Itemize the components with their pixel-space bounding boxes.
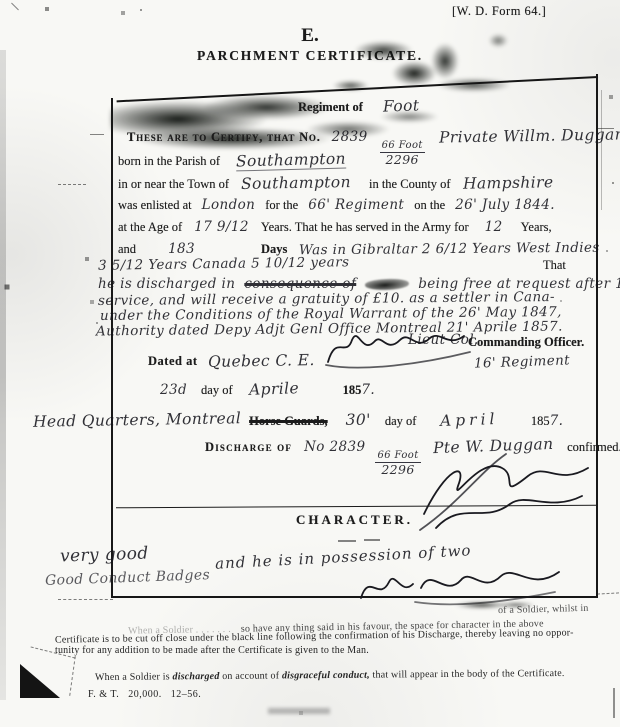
county-label: in the County of xyxy=(369,177,451,191)
footnote-4-mid: on account of xyxy=(219,670,282,682)
stray-mark xyxy=(90,134,104,135)
hq-day-of-label: day of xyxy=(385,414,417,428)
stray-mark xyxy=(58,184,86,185)
year-printed: 185 xyxy=(343,383,362,397)
scan-right-tick xyxy=(613,688,615,718)
footnote-line-3: tunity for any addition to be made after… xyxy=(55,645,369,656)
enlisted-date: 26' July 1844. xyxy=(455,197,555,213)
and-label: and xyxy=(118,242,136,256)
section-letter: E. xyxy=(0,25,620,47)
years-label: Years, xyxy=(521,220,552,234)
discharge-number: No 2839 xyxy=(304,439,365,455)
character-dash xyxy=(364,539,380,541)
enlisted-line: was enlisted at London for the 66' Regim… xyxy=(118,196,555,214)
date-line: 23d day of Aprile 1857. xyxy=(160,380,375,399)
enlisted-place: London xyxy=(202,197,256,213)
footnote-4-italic1: discharged xyxy=(172,671,219,682)
regiment-entry: Foot xyxy=(383,96,420,115)
discharge-label: Discharge of xyxy=(205,440,292,454)
character-entry-1: very good xyxy=(60,543,149,566)
dated-at-label: Dated at xyxy=(148,354,197,369)
soldier-number: 2839 xyxy=(332,129,368,145)
on-the-label: on the xyxy=(414,198,445,212)
dated-place: Quebec C. E. xyxy=(208,351,315,371)
for-the-label: for the xyxy=(265,198,298,212)
days-label: Days xyxy=(261,242,287,256)
town-line: in or near the Town of Southampton in th… xyxy=(118,174,553,193)
footnote-4-italic2: disgraceful conduct, xyxy=(282,670,370,682)
town-entry: Southampton xyxy=(241,173,351,193)
ink-blot xyxy=(365,277,410,291)
stray-mark xyxy=(11,3,19,11)
age-line: at the Age of 17 9/12 Years. That he has… xyxy=(118,218,552,236)
certify-label: These are to Certify, that No. xyxy=(127,130,321,144)
printer-mark: F. & T. 20,000. 12–56. xyxy=(88,689,201,700)
soldier-name: Private Willm. Duggan xyxy=(439,125,620,146)
document-title: PARCHMENT CERTIFICATE. xyxy=(0,48,620,64)
fold-mark-triangle xyxy=(20,664,60,698)
day-of-label: day of xyxy=(201,383,233,397)
regiment-line: Regiment of Foot xyxy=(298,97,419,116)
cause-struck: consequence of xyxy=(244,276,356,292)
scan-bottom-smudge xyxy=(268,708,330,714)
age-label: at the Age of xyxy=(118,220,182,234)
year-digit: 7. xyxy=(361,382,375,398)
served-label: Years. That he has served in the Army fo… xyxy=(261,220,469,234)
hq-entry: Head Quarters, Montreal xyxy=(33,409,241,431)
town-label: in or near the Town of xyxy=(118,177,229,191)
served-years: 12 xyxy=(485,219,503,235)
scan-specks xyxy=(0,0,2,2)
days-line: and 183 Days Was in Gibraltar 2 6/12 Yea… xyxy=(118,240,600,258)
character-entry-3: Good Conduct Badges xyxy=(45,567,211,589)
hq-month: April xyxy=(440,410,499,430)
county-entry: Hampshire xyxy=(462,173,553,193)
footnote-4-end: that will appear in the body of the Cert… xyxy=(370,668,565,681)
that-label: That xyxy=(543,258,566,273)
footnote-disgraceful: When a Soldier is discharged on account … xyxy=(95,663,565,685)
enlisted-label: was enlisted at xyxy=(118,198,192,212)
scan-left-edge xyxy=(0,50,6,700)
date-day: 23d xyxy=(160,382,187,398)
enlisted-regiment: 66' Regiment xyxy=(308,197,404,213)
corrected-unit: 66 Foot 2296 xyxy=(380,141,425,167)
box-border-bottom-ext xyxy=(597,592,619,594)
parish-line: born in the Parish of Southampton xyxy=(118,151,346,170)
parish-entry: Southampton xyxy=(236,150,346,172)
footnote-4-pre: When a Soldier is xyxy=(95,671,173,683)
parish-label: born in the Parish of xyxy=(118,154,220,168)
hq-day: 30' xyxy=(346,411,371,429)
box-border-bottom-ext xyxy=(58,599,113,600)
regiment-label: Regiment of xyxy=(298,100,363,114)
corrected-unit-number: 2296 xyxy=(385,153,418,167)
date-month: Aprile xyxy=(248,379,299,399)
form-reference: [W. D. Form 64.] xyxy=(452,4,546,19)
headquarters-line: Head Quarters, Montreal Horse Guards, 30… xyxy=(33,411,563,430)
days-entry: 183 xyxy=(168,241,195,257)
hq-year-printed: 185 xyxy=(531,414,550,428)
cause-part1: he is discharged in xyxy=(98,276,235,292)
service-note-2: 3 5/12 Years Canada 5 10/12 years xyxy=(98,254,350,274)
age-entry: 17 9/12 xyxy=(194,219,249,235)
character-heading: CHARACTER. xyxy=(113,512,596,528)
hq-year-digit: 7. xyxy=(550,413,564,429)
commanding-officer-label: Commanding Officer. xyxy=(468,335,584,350)
fold-mark-dash xyxy=(69,656,76,696)
character-dash xyxy=(338,540,356,542)
commanding-regiment: 16' Regiment xyxy=(474,352,571,371)
scanned-certificate-page: [W. D. Form 64.] E. PARCHMENT CERTIFICAT… xyxy=(0,0,620,727)
horse-guards-struck: Horse Guards, xyxy=(249,414,327,428)
